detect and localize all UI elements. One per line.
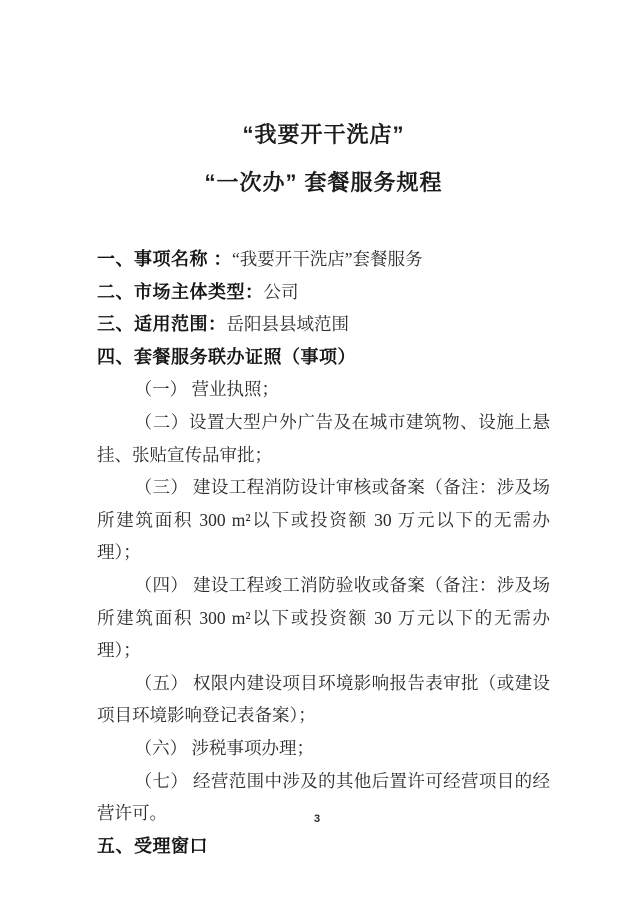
package-item-1: （一） 营业执照； <box>97 373 550 406</box>
section-service-window: 五、受理窗口 <box>97 830 550 863</box>
section-entity-type-value: 公司 <box>264 282 299 302</box>
section-scope-value: 岳阳县县域范围 <box>227 314 350 334</box>
document-title-line1: “我要开干洗店” <box>97 121 550 149</box>
section-package-licenses: 四、套餐服务联办证照（事项） <box>97 341 550 374</box>
page-number: 3 <box>0 813 634 825</box>
package-item-2: （二）设置大型户外广告及在城市建筑物、设施上悬挂、张贴宣传品审批； <box>97 406 550 471</box>
section-entity-type-label: 二、市场主体类型： <box>97 282 264 302</box>
section-item-name-label: 一、事项名称 ： <box>97 249 232 269</box>
section-item-name-value: “我要开干洗店”套餐服务 <box>232 249 423 269</box>
section-service-window-label: 五、受理窗口 <box>97 836 208 856</box>
section-scope-label: 三、适用范围： <box>97 314 227 334</box>
section-package-licenses-label: 四、套餐服务联办证照（事项） <box>97 347 356 367</box>
document-page: “我要开干洗店” “一次办” 套餐服务规程 一、事项名称 ：“我要开干洗店”套餐… <box>0 0 634 898</box>
package-item-5: （五） 权限内建设项目环境影响报告表审批（或建设项目环境影响登记表备案）； <box>97 667 550 732</box>
document-title-line2: “一次办” 套餐服务规程 <box>97 169 550 197</box>
section-item-name: 一、事项名称 ：“我要开干洗店”套餐服务 <box>97 243 550 276</box>
section-entity-type: 二、市场主体类型：公司 <box>97 276 550 309</box>
section-scope: 三、适用范围：岳阳县县域范围 <box>97 308 550 341</box>
package-item-3: （三） 建设工程消防设计审核或备案（备注：涉及场所建筑面积 300 m²以下或投… <box>97 471 550 569</box>
package-item-6: （六） 涉税事项办理； <box>97 732 550 765</box>
document-body: 一、事项名称 ：“我要开干洗店”套餐服务 二、市场主体类型：公司 三、适用范围：… <box>97 243 550 862</box>
package-item-4: （四） 建设工程竣工消防验收或备案（备注：涉及场所建筑面积 300 m²以下或投… <box>97 569 550 667</box>
